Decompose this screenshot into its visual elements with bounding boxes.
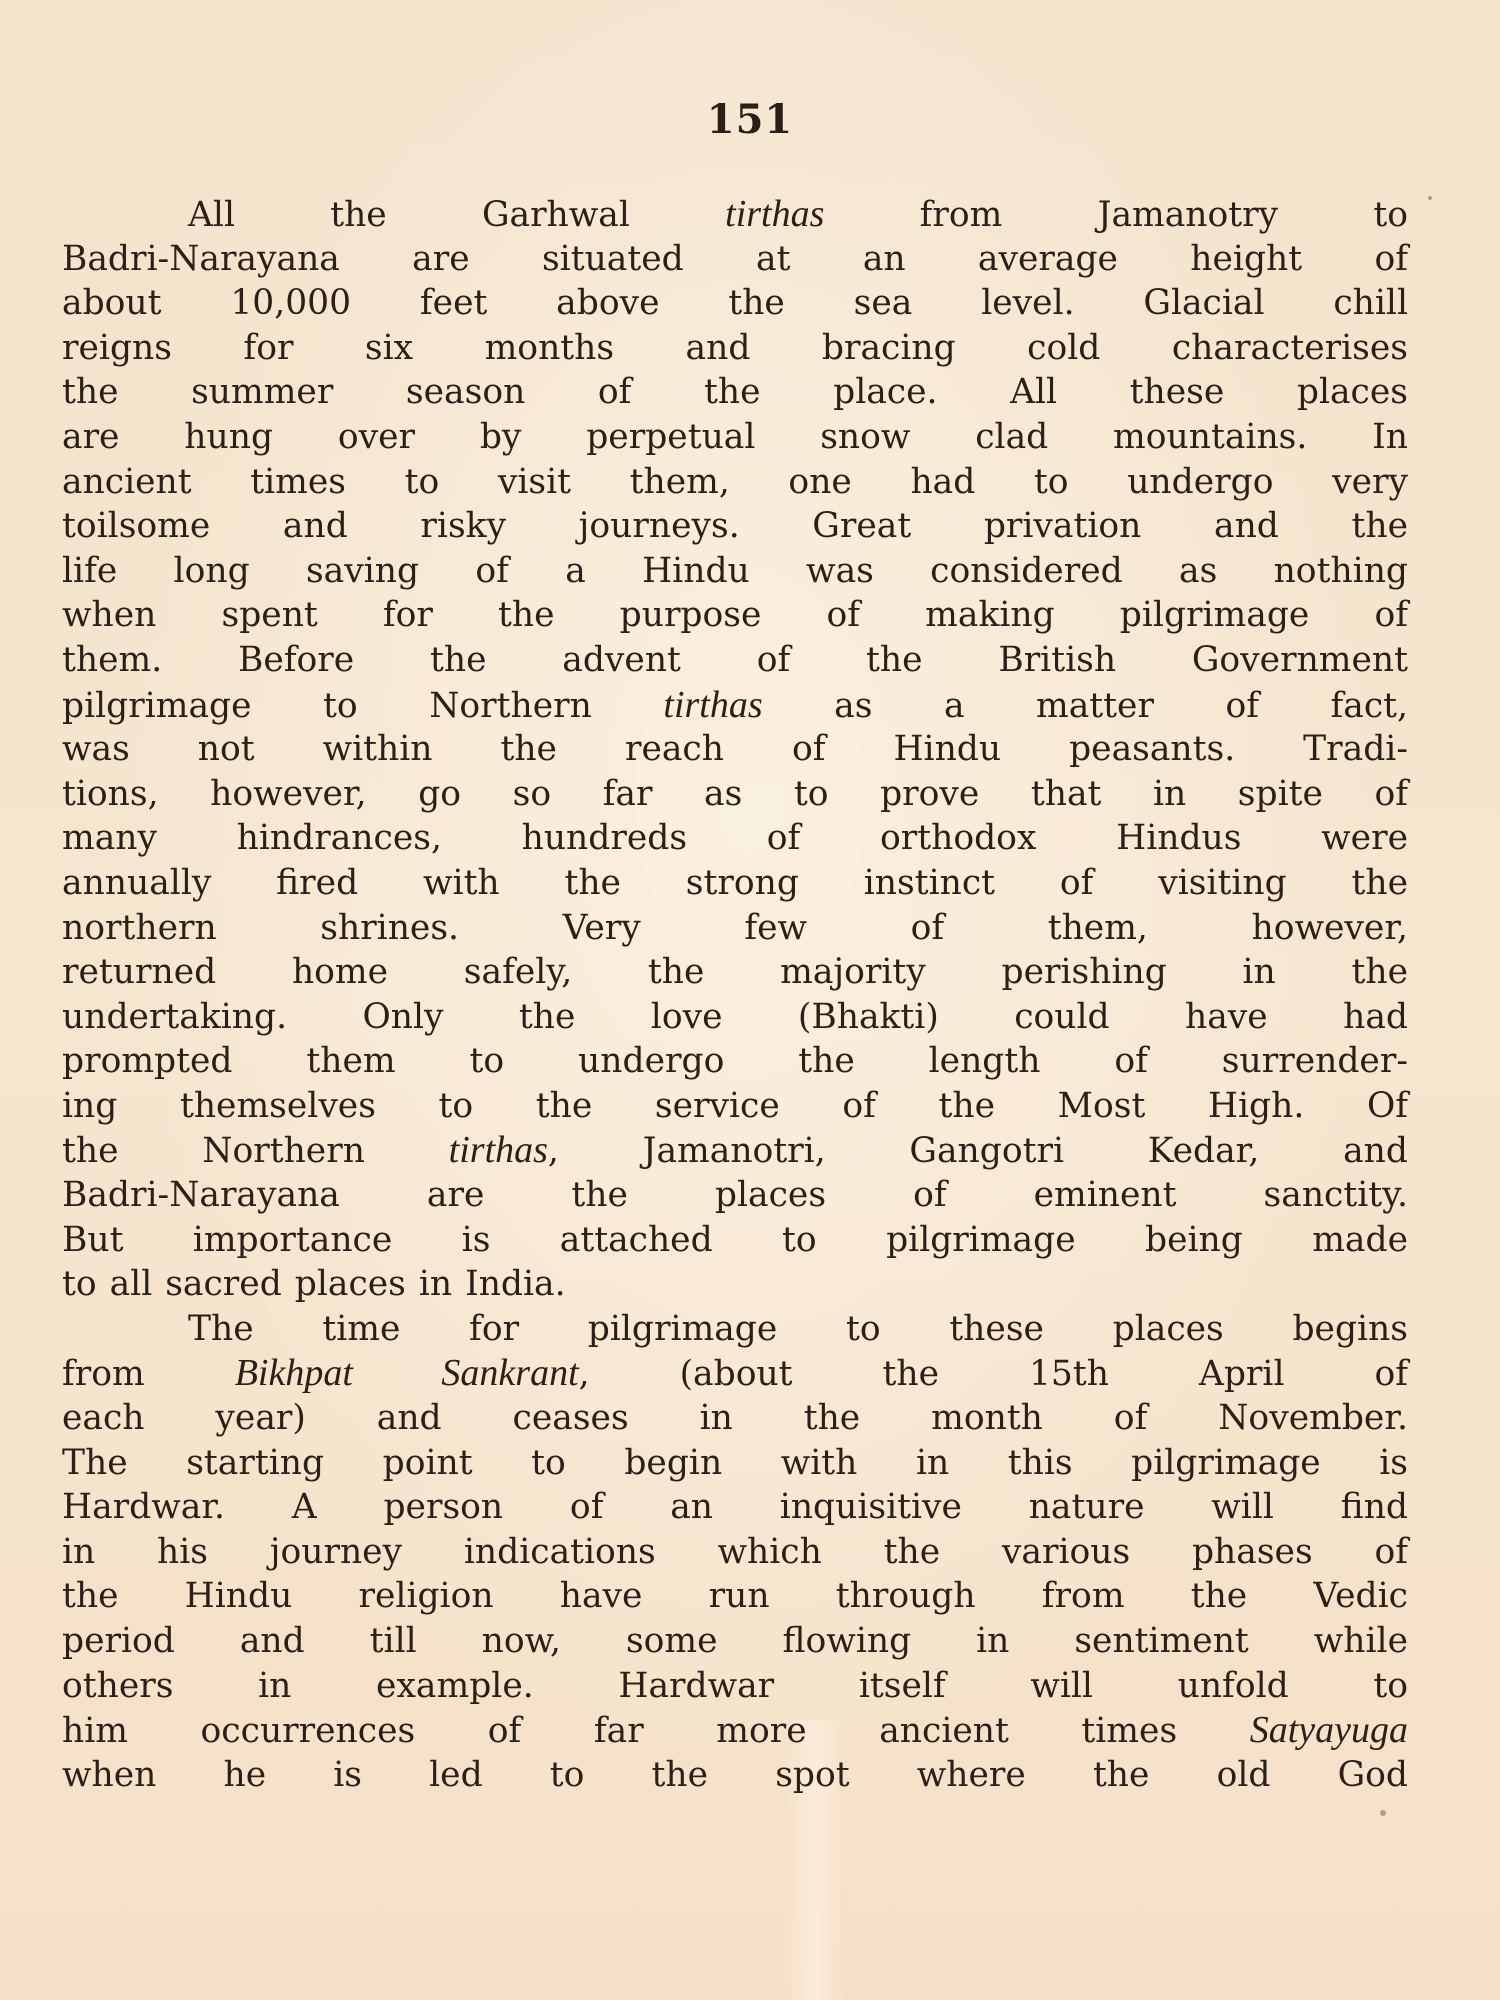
text-line: in his journey indications which the var… (62, 1530, 1408, 1575)
text-run: The time for pilgrimage to these places … (188, 1309, 1408, 1349)
text-run: reigns for six months and bracing cold c… (62, 328, 1408, 368)
text-line: was not within the reach of Hindu peasan… (62, 727, 1408, 772)
text-run: prompted them to undergo the length of s… (62, 1041, 1408, 1081)
text-line: prompted them to undergo the length of s… (62, 1039, 1408, 1084)
text-run: All the Garhwal (188, 195, 725, 235)
text-line: him occurrences of far more ancient time… (62, 1708, 1408, 1753)
text-line: ancient times to visit them, one had to … (62, 460, 1408, 505)
paper-speck (1428, 196, 1432, 200)
text-run: tions, however, go so far as to prove th… (62, 774, 1408, 814)
body-text: All the Garhwal tirthas from Jamanotry t… (62, 192, 1408, 1797)
italic-term: tirthas (663, 684, 762, 726)
text-run: are hung over by perpetual snow clad mou… (62, 417, 1408, 457)
text-line: But importance is attached to pilgrimage… (62, 1218, 1408, 1263)
text-line: northern shrines. Very few of them, howe… (62, 906, 1408, 951)
text-run: Hardwar. A person of an inquisitive natu… (62, 1487, 1408, 1527)
text-line: annually fired with the strong instinct … (62, 861, 1408, 906)
text-line: about 10,000 feet above the sea level. G… (62, 281, 1408, 326)
text-line: each year) and ceases in the month of No… (62, 1396, 1408, 1441)
text-line: the Hindu religion have run through from… (62, 1574, 1408, 1619)
text-line: reigns for six months and bracing cold c… (62, 326, 1408, 371)
text-line: when he is led to the spot where the old… (62, 1753, 1408, 1798)
text-line: Badri-Narayana are the places of eminent… (62, 1173, 1408, 1218)
text-run: to all sacred places in India. (62, 1264, 566, 1304)
text-run: the Northern (62, 1131, 449, 1171)
text-run: from (62, 1354, 235, 1394)
text-run: the summer season of the place. All thes… (62, 372, 1408, 412)
text-run: ancient times to visit them, one had to … (62, 462, 1408, 502)
text-line: Hardwar. A person of an inquisitive natu… (62, 1485, 1408, 1530)
text-run: undertaking. Only the love (Bhakti) coul… (62, 997, 1408, 1037)
text-line: toilsome and risky journeys. Great priva… (62, 504, 1408, 549)
text-line: when spent for the purpose of making pil… (62, 593, 1408, 638)
text-run: when he is led to the spot where the old… (62, 1755, 1408, 1795)
text-run: toilsome and risky journeys. Great priva… (62, 506, 1408, 546)
italic-term: tirthas (449, 1129, 548, 1171)
paper-speck (1380, 1810, 1386, 1816)
text-line: All the Garhwal tirthas from Jamanotry t… (62, 192, 1408, 237)
text-run: from Jamanotry to (824, 195, 1408, 235)
text-run: annually fired with the strong instinct … (62, 863, 1408, 903)
page-number: 151 (0, 96, 1500, 143)
text-run: others in example. Hardwar itself will u… (62, 1666, 1408, 1706)
text-run: ing themselves to the service of the Mos… (62, 1086, 1408, 1126)
italic-term: Satyayuga (1250, 1709, 1408, 1751)
text-run: returned home safely, the majority peris… (62, 952, 1408, 992)
text-line: returned home safely, the majority peris… (62, 950, 1408, 995)
text-run: each year) and ceases in the month of No… (62, 1398, 1408, 1438)
text-line: from Bikhpat Sankrant, (about the 15th A… (62, 1351, 1408, 1396)
text-run: northern shrines. Very few of them, howe… (62, 908, 1408, 948)
text-run: many hindrances, hundreds of orthodox Hi… (62, 818, 1408, 858)
text-line: ing themselves to the service of the Mos… (62, 1084, 1408, 1129)
text-line: pilgrimage to Northern tirthas as a matt… (62, 683, 1408, 728)
scanned-book-page: 151 All the Garhwal tirthas from Jamanot… (0, 0, 1500, 2000)
text-line: are hung over by perpetual snow clad mou… (62, 415, 1408, 460)
text-run: in his journey indications which the var… (62, 1532, 1408, 1572)
text-run: , (about the 15th April of (579, 1354, 1408, 1394)
italic-term: tirthas (725, 193, 824, 235)
text-line: others in example. Hardwar itself will u… (62, 1664, 1408, 1709)
text-run: But importance is attached to pilgrimage… (62, 1220, 1408, 1260)
text-run: life long saving of a Hindu was consider… (62, 551, 1408, 591)
text-line: to all sacred places in India. (62, 1262, 1408, 1307)
text-line: The starting point to begin with in this… (62, 1441, 1408, 1486)
text-line: the Northern tirthas, Jamanotri, Gangotr… (62, 1128, 1408, 1173)
text-line: tions, however, go so far as to prove th… (62, 772, 1408, 817)
text-run: pilgrimage to Northern (62, 686, 663, 726)
text-run: him occurrences of far more ancient time… (62, 1711, 1250, 1751)
text-run: about 10,000 feet above the sea level. G… (62, 283, 1408, 323)
text-run: , Jamanotri, Gangotri Kedar, and (548, 1131, 1408, 1171)
italic-term: Bikhpat Sankrant (235, 1352, 579, 1394)
text-line: The time for pilgrimage to these places … (62, 1307, 1408, 1352)
text-run: them. Before the advent of the British G… (62, 640, 1408, 680)
text-line: many hindrances, hundreds of orthodox Hi… (62, 816, 1408, 861)
text-line: Badri-Narayana are situated at an averag… (62, 237, 1408, 282)
text-run: period and till now, some flowing in sen… (62, 1621, 1408, 1661)
text-line: the summer season of the place. All thes… (62, 370, 1408, 415)
text-run: as a matter of fact, (763, 686, 1408, 726)
text-line: undertaking. Only the love (Bhakti) coul… (62, 995, 1408, 1040)
text-run: the Hindu religion have run through from… (62, 1576, 1408, 1616)
text-run: was not within the reach of Hindu peasan… (62, 729, 1408, 769)
text-line: life long saving of a Hindu was consider… (62, 549, 1408, 594)
text-line: period and till now, some flowing in sen… (62, 1619, 1408, 1664)
text-run: Badri-Narayana are situated at an averag… (62, 239, 1408, 279)
text-line: them. Before the advent of the British G… (62, 638, 1408, 683)
text-run: Badri-Narayana are the places of eminent… (62, 1175, 1408, 1215)
text-run: The starting point to begin with in this… (62, 1443, 1408, 1483)
text-run: when spent for the purpose of making pil… (62, 595, 1408, 635)
